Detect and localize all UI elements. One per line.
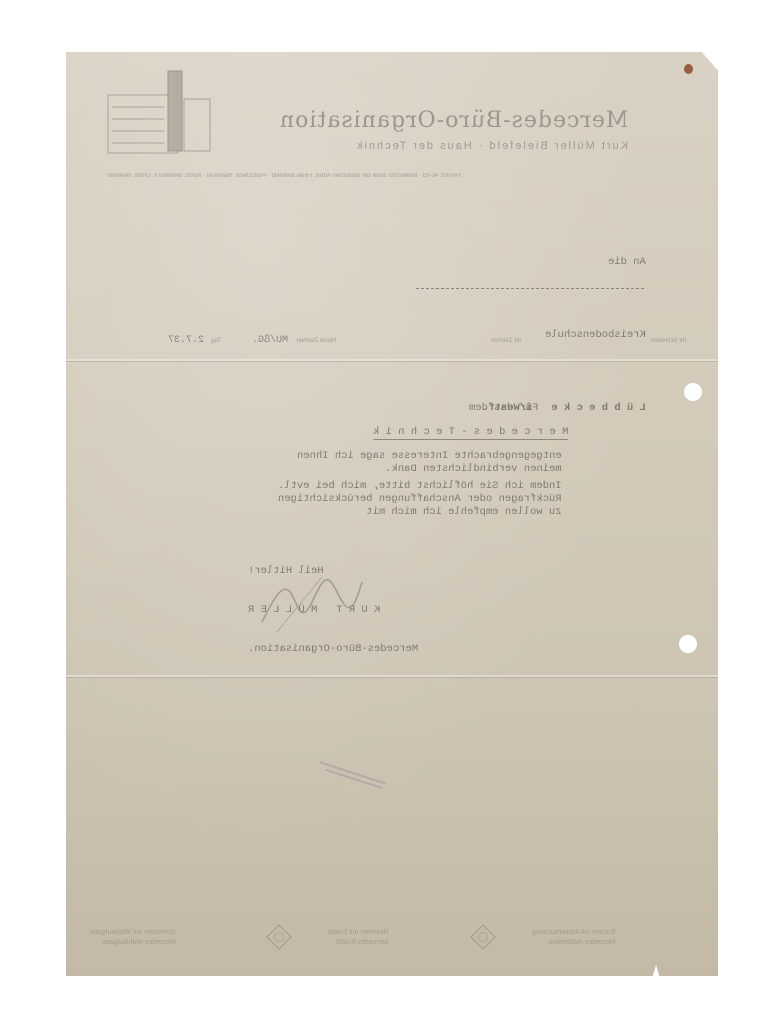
tag-label: Tag	[211, 338, 221, 344]
signature-mark	[252, 562, 372, 637]
tag-value: 2.7.37	[168, 335, 204, 346]
body-paragraph2: Indem ich Sie höflichst bitte, mich bei …	[278, 480, 562, 519]
mein-zeichen-label: Meine Zeichen	[297, 338, 336, 344]
letterhead-contact-line: Fernruf: 40-83 · Bankkonto: Bank der deu…	[108, 173, 678, 179]
footer-col1: Schreiben mit Wahlaufgabe Mercedes-Wahla…	[90, 928, 176, 948]
footer-col2: Rechnen mit Euklid Mercedes-Euklid	[328, 928, 388, 948]
ihr-zeichen-label: Ihr Zeichen	[491, 338, 521, 344]
body-product-name: M e r c e d e s - T e c h n i k	[373, 426, 568, 440]
letter-paper: Mercedes-Büro-Organisation Kurt Müller B…	[66, 52, 718, 976]
address-dashed-rule	[416, 288, 644, 289]
building-logo-icon	[104, 67, 214, 159]
recipient-line1: An die	[482, 256, 646, 269]
letterhead-company: Mercedes-Büro-Organisation	[279, 108, 628, 133]
rust-spot	[684, 64, 693, 74]
footer-col3: Buchen mit Addierbuchung Mercedes-Addele…	[532, 928, 616, 948]
body-line1: Für das dem	[469, 402, 538, 415]
punch-hole	[679, 635, 697, 653]
closing-company: Mercedes-Büro-Organisation.	[248, 643, 418, 656]
mercedes-diamond-icon	[470, 924, 495, 949]
letterhead-subtitle: Kurt Müller Bielefeld · Haus der Technik	[355, 140, 628, 152]
punch-hole	[684, 383, 702, 401]
ihr-schreiben-label: Ihr Schreiben	[650, 338, 686, 344]
body-paragraph1: entgegengebrachte Interesse sage ich Ihn…	[297, 450, 562, 476]
mercedes-diamond-icon	[266, 924, 291, 949]
mein-zeichen-value: MU/ßG.	[252, 335, 288, 346]
pencil-mark	[319, 761, 386, 785]
